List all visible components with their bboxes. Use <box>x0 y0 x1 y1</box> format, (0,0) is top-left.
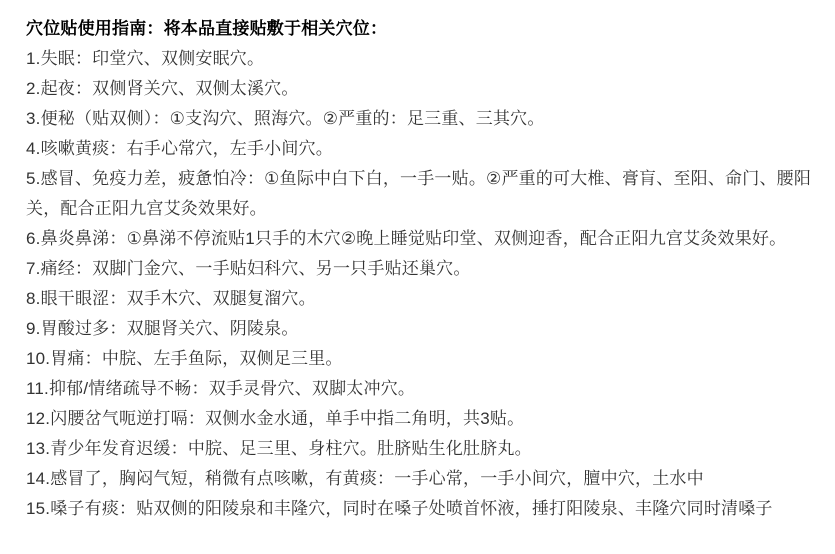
list-item-5: 5.感冒、免疫力差，疲惫怕冷：①鱼际中白下白，一手一贴。②严重的可大椎、膏肓、至… <box>26 164 829 224</box>
list-item-12: 12.闪腰岔气呃逆打嗝：双侧水金水通，单手中指二角明，共3贴。 <box>26 404 829 434</box>
list-item-1: 1.失眠：印堂穴、双侧安眠穴。 <box>26 44 829 74</box>
list-item-4: 4.咳嗽黄痰：右手心常穴，左手小间穴。 <box>26 134 829 164</box>
list-item-9: 9.胃酸过多：双腿肾关穴、阴陵泉。 <box>26 314 829 344</box>
document-page: 穴位贴使用指南：将本品直接贴敷于相关穴位： 1.失眠：印堂穴、双侧安眠穴。 2.… <box>0 0 835 554</box>
list-item-7: 7.痛经：双脚门金穴、一手贴妇科穴、另一只手贴还巢穴。 <box>26 254 829 284</box>
list-item-10: 10.胃痛：中脘、左手鱼际，双侧足三里。 <box>26 344 829 374</box>
list-item-13: 13.青少年发育迟缓：中脘、足三里、身柱穴。肚脐贴生化肚脐丸。 <box>26 434 829 464</box>
list-item-14: 14.感冒了，胸闷气短，稍微有点咳嗽，有黄痰：一手心常，一手小间穴，膻中穴，土水… <box>26 464 829 494</box>
list-item-15: 15.嗓子有痰：贴双侧的阳陵泉和丰隆穴，同时在嗓子处喷首怀液，捶打阳陵泉、丰隆穴… <box>26 494 829 524</box>
list-item-6: 6.鼻炎鼻涕：①鼻涕不停流贴1只手的木穴②晚上睡觉贴印堂、双侧迎香，配合正阳九宫… <box>26 224 829 254</box>
list-item-3: 3.便秘（贴双侧）：①支沟穴、照海穴。②严重的：足三重、三其穴。 <box>26 104 829 134</box>
list-item-8: 8.眼干眼涩：双手木穴、双腿复溜穴。 <box>26 284 829 314</box>
document-title: 穴位贴使用指南：将本品直接贴敷于相关穴位： <box>26 14 829 44</box>
list-item-11: 11.抑郁/情绪疏导不畅：双手灵骨穴、双脚太冲穴。 <box>26 374 829 404</box>
list-item-2: 2.起夜：双侧肾关穴、双侧太溪穴。 <box>26 74 829 104</box>
